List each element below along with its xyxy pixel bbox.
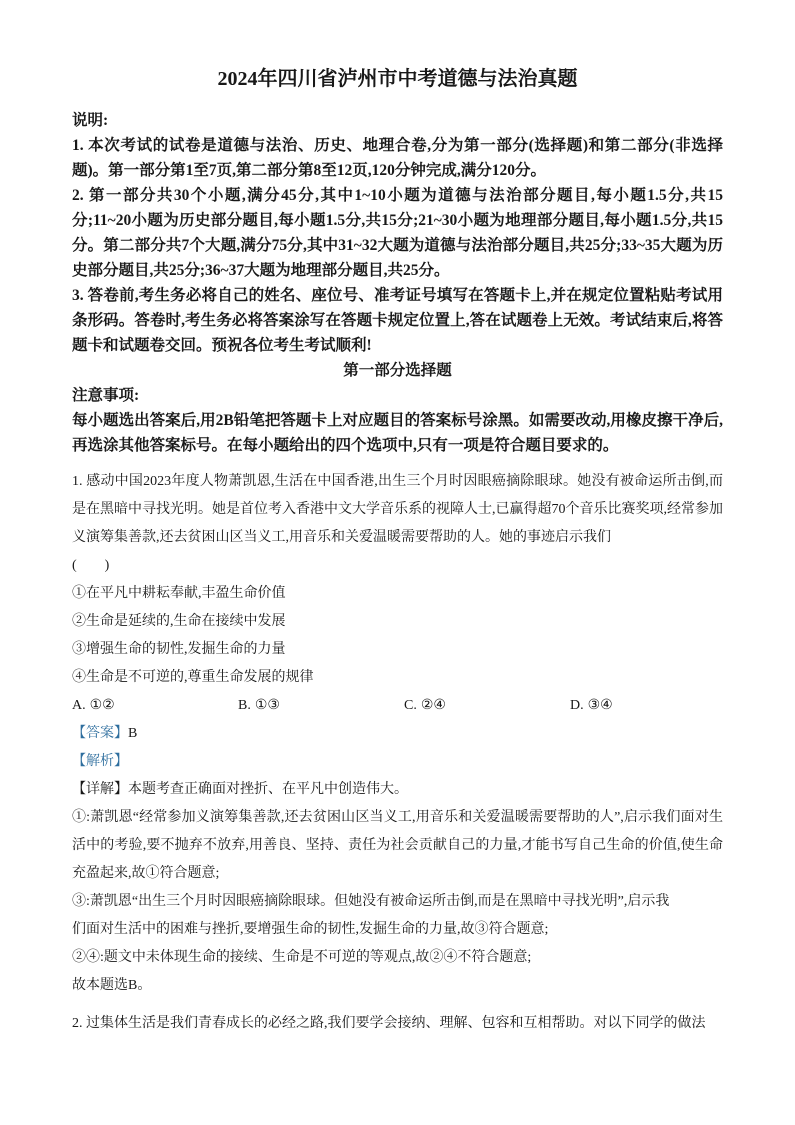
question-2-block: 2. 过集体生活是我们青春成长的必经之路,我们要学会接纳、理解、包容和互相帮助。… bbox=[72, 1010, 723, 1038]
question-1-statement-4: ④生命是不可逆的,尊重生命发展的规律 bbox=[72, 664, 723, 692]
question-1-block: 1. 感动中国2023年度人物萧凯恩,生活在中国香港,出生三个月时因眼癌摘除眼球… bbox=[72, 468, 723, 1000]
choice-b: B.①③ bbox=[238, 692, 404, 720]
choice-b-label: B. bbox=[238, 698, 251, 713]
section-heading: 第一部分选择题 bbox=[72, 358, 723, 383]
detail-intro: 本题考查正确面对挫折、在平凡中创造伟大。 bbox=[128, 782, 408, 797]
analysis-label: 【解析】 bbox=[72, 754, 128, 769]
question-1-answer-bracket: ( ) bbox=[72, 552, 723, 580]
choice-c-value: ②④ bbox=[421, 698, 446, 713]
question-1-choices-row: A.①② B.①③ C.②④ D.③④ bbox=[72, 692, 723, 720]
choice-a: A.①② bbox=[72, 692, 238, 720]
question-1-statement-1: ①在平凡中耕耘奉献,丰盈生命价值 bbox=[72, 580, 723, 608]
page-title: 2024年四川省泸州市中考道德与法治真题 bbox=[72, 64, 723, 94]
choice-d: D.③④ bbox=[570, 692, 613, 720]
choice-a-value: ①② bbox=[90, 698, 115, 713]
answer-line: 【答案】B bbox=[72, 720, 723, 748]
choice-d-value: ③④ bbox=[588, 698, 613, 713]
detail-paragraph-3: 们面对生活中的困难与挫折,要增强生命的韧性,发掘生命的力量,故③符合题意; bbox=[72, 916, 723, 944]
answer-label: 【答案】 bbox=[72, 726, 128, 741]
notice-heading: 注意事项: bbox=[72, 383, 723, 408]
choice-b-value: ①③ bbox=[255, 698, 280, 713]
choice-d-label: D. bbox=[570, 698, 584, 713]
instructions-section: 说明: 1. 本次考试的试卷是道德与法治、历史、地理合卷,分为第一部分(选择题)… bbox=[72, 108, 723, 458]
exam-document-page: 2024年四川省泸州市中考道德与法治真题 说明: 1. 本次考试的试卷是道德与法… bbox=[0, 0, 795, 1125]
instruction-item-1: 1. 本次考试的试卷是道德与法治、历史、地理合卷,分为第一部分(选择题)和第二部… bbox=[72, 133, 723, 183]
detail-paragraph-2: ③:萧凯恩“出生三个月时因眼癌摘除眼球。但她没有被命运所击倒,而是在黑暗中寻找光… bbox=[72, 888, 723, 916]
instruction-item-3: 3. 答卷前,考生务必将自己的姓名、座位号、准考证号填写在答题卡上,并在规定位置… bbox=[72, 283, 723, 358]
detail-paragraph-1: ①:萧凯恩“经常参加义演筹集善款,还去贫困山区当义工,用音乐和关爱温暖需要帮助的… bbox=[72, 804, 723, 888]
question-1-statement-3: ③增强生命的韧性,发掘生命的力量 bbox=[72, 636, 723, 664]
analysis-line: 【解析】 bbox=[72, 748, 723, 776]
choice-c: C.②④ bbox=[404, 692, 570, 720]
choice-c-label: C. bbox=[404, 698, 417, 713]
detail-conclusion: 故本题选B。 bbox=[72, 972, 723, 1000]
instruction-item-2: 2. 第一部分共30个小题,满分45分,其中1~10小题为道德与法治部分题目,每… bbox=[72, 183, 723, 283]
choice-a-label: A. bbox=[72, 698, 86, 713]
notice-body: 每小题选出答案后,用2B铅笔把答题卡上对应题目的答案标号涂黑。如需要改动,用橡皮… bbox=[72, 408, 723, 458]
question-1-statement-2: ②生命是延续的,生命在接续中发展 bbox=[72, 608, 723, 636]
detail-paragraph-4: ②④:题文中未体现生命的接续、生命是不可逆的等观点,故②④不符合题意; bbox=[72, 944, 723, 972]
instructions-heading: 说明: bbox=[72, 108, 723, 133]
question-2-stem: 2. 过集体生活是我们青春成长的必经之路,我们要学会接纳、理解、包容和互相帮助。… bbox=[72, 1010, 723, 1038]
answer-value: B bbox=[128, 726, 137, 741]
detail-label: 【详解】 bbox=[72, 782, 128, 797]
question-1-stem: 1. 感动中国2023年度人物萧凯恩,生活在中国香港,出生三个月时因眼癌摘除眼球… bbox=[72, 468, 723, 552]
detail-intro-line: 【详解】本题考查正确面对挫折、在平凡中创造伟大。 bbox=[72, 776, 723, 804]
